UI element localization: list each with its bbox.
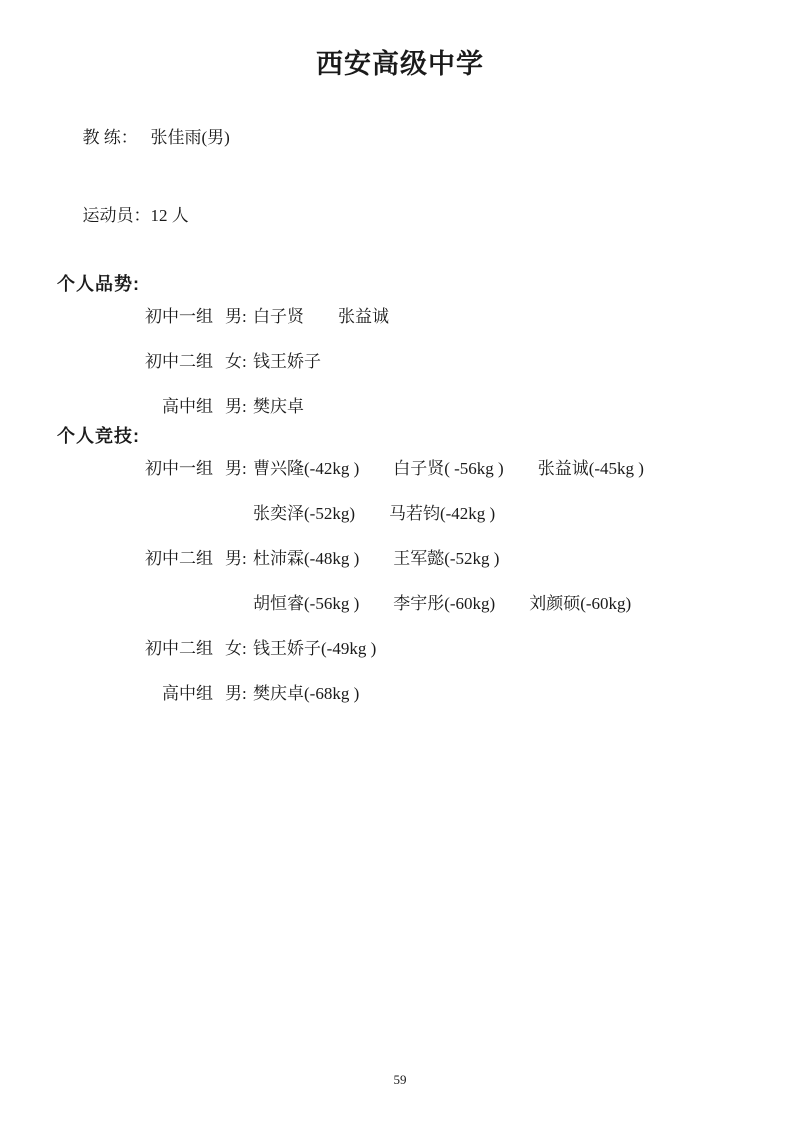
gender-label	[225, 505, 253, 523]
coach-value: 张佳雨(男)	[151, 128, 230, 147]
section-rows: 初中一组 男: 曹兴隆(-42kg ) 白子贤( -56kg ) 张益诚(-45…	[57, 460, 743, 703]
group-label: 高中组	[57, 398, 213, 416]
section-heading: 个人竞技:	[57, 426, 743, 447]
gender-label	[225, 595, 253, 613]
group-label: 初中一组	[57, 460, 213, 478]
gender-label: 男:	[225, 308, 253, 326]
table-row: 初中二组 女: 钱王娇子(-49kg )	[57, 640, 743, 658]
athletes-value: 12 人	[151, 206, 189, 225]
group-label	[57, 595, 213, 613]
document-content: 西安高级中学 教 练：张佳雨(男) 运动员：12 人 个人品势: 初中一组 男:…	[0, 0, 800, 703]
athlete-names: 钱王娇子(-49kg )	[253, 640, 743, 658]
group-label: 初中二组	[57, 640, 213, 658]
table-row: 初中二组 女: 钱王娇子	[57, 353, 743, 371]
document-page: 西安高级中学 教 练：张佳雨(男) 运动员：12 人 个人品势: 初中一组 男:…	[0, 0, 800, 1131]
table-row: 高中组 男: 樊庆卓	[57, 398, 743, 416]
athlete-names: 杜沛霖(-48kg ) 王军懿(-52kg )	[253, 550, 743, 568]
group-label: 高中组	[57, 685, 213, 703]
section-individual-sparring: 个人竞技: 初中一组 男: 曹兴隆(-42kg ) 白子贤( -56kg ) 张…	[57, 416, 743, 703]
group-label: 初中二组	[57, 353, 213, 371]
coach-line: 教 练：张佳雨(男)	[57, 111, 743, 165]
gender-label: 男:	[225, 685, 253, 703]
page-number: 59	[0, 1072, 800, 1087]
gender-label: 男:	[225, 550, 253, 568]
coach-label: 教 练：	[83, 129, 151, 147]
group-label: 初中二组	[57, 550, 213, 568]
table-row-continuation: 胡恒睿(-56kg ) 李宇彤(-60kg) 刘颜硕(-60kg)	[57, 595, 743, 613]
gender-label: 男:	[225, 460, 253, 478]
table-row: 初中一组 男: 白子贤 张益诚	[57, 308, 743, 326]
table-row: 初中二组 男: 杜沛霖(-48kg ) 王军懿(-52kg )	[57, 550, 743, 568]
section-heading: 个人品势:	[57, 274, 743, 295]
table-row: 高中组 男: 樊庆卓(-68kg )	[57, 685, 743, 703]
section-rows: 初中一组 男: 白子贤 张益诚 初中二组 女: 钱王娇子 高中组 男: 樊庆卓	[57, 308, 743, 416]
group-label: 初中一组	[57, 308, 213, 326]
athlete-names: 张奕泽(-52kg) 马若钧(-42kg )	[253, 505, 743, 523]
section-individual-poomsae: 个人品势: 初中一组 男: 白子贤 张益诚 初中二组 女: 钱王娇子 高中组 男…	[57, 243, 743, 416]
table-row: 初中一组 男: 曹兴隆(-42kg ) 白子贤( -56kg ) 张益诚(-45…	[57, 460, 743, 478]
group-label	[57, 505, 213, 523]
athletes-line: 运动员：12 人	[57, 189, 743, 243]
table-row-continuation: 张奕泽(-52kg) 马若钧(-42kg )	[57, 505, 743, 523]
athlete-names: 胡恒睿(-56kg ) 李宇彤(-60kg) 刘颜硕(-60kg)	[253, 595, 743, 613]
page-title: 西安高级中学	[57, 46, 743, 82]
gender-label: 女:	[225, 353, 253, 371]
athlete-names: 樊庆卓(-68kg )	[253, 685, 743, 703]
athlete-names: 白子贤 张益诚	[253, 308, 743, 326]
athletes-label: 运动员：	[83, 207, 151, 225]
gender-label: 女:	[225, 640, 253, 658]
athlete-names: 樊庆卓	[253, 398, 743, 416]
gender-label: 男:	[225, 398, 253, 416]
athlete-names: 钱王娇子	[253, 353, 743, 371]
athlete-names: 曹兴隆(-42kg ) 白子贤( -56kg ) 张益诚(-45kg )	[253, 460, 743, 478]
